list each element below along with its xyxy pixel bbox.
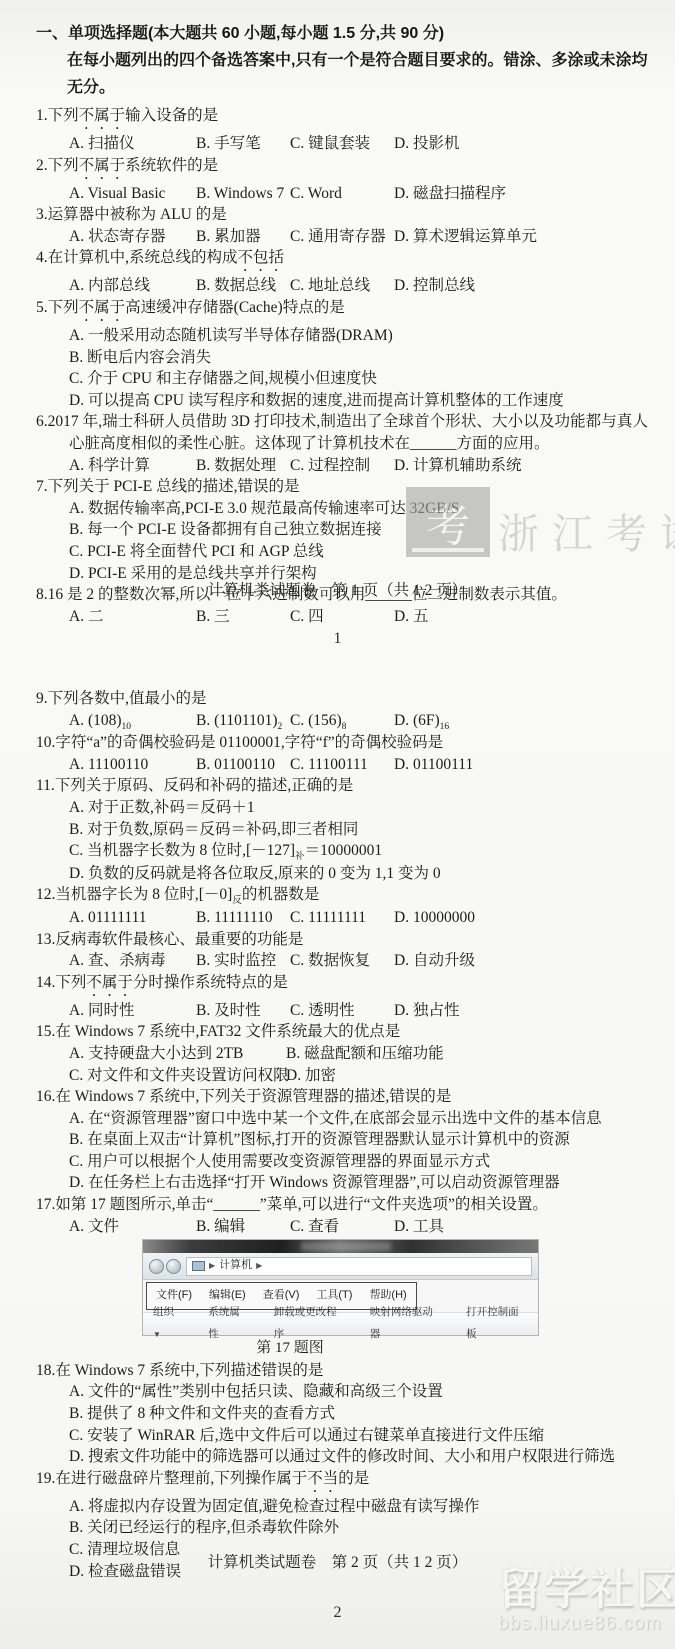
question-number: 6. <box>36 413 48 430</box>
option-c: C. 透明性 <box>290 1000 394 1022</box>
option-a: A. 同时性 <box>69 1000 196 1022</box>
option-a: A. 文件的“属性”类别中包括只读、隐藏和高级三个设置 <box>69 1383 443 1400</box>
option-c: C. 11100111 <box>290 754 394 776</box>
question-stem: 9.下列各数中,值最小的是 <box>36 688 648 710</box>
option-row: A. Visual BasicB. Windows 7C. WordD. 磁盘扫… <box>69 183 648 205</box>
question-3: 3.运算器中被称为 ALU 的是A. 状态寄存器B. 累加器C. 通用寄存器D.… <box>36 204 648 247</box>
exam-page-2: 9.下列各数中,值最小的是A. (108)10B. (1101101)2C. (… <box>36 688 648 1582</box>
option-row: C. 用户可以根据个人使用需要改变资源管理器的界面显示方式 <box>69 1151 648 1173</box>
question-stem: 10.字符“a”的奇偶校验码是 01100001,字符“f”的奇偶校验码是 <box>36 732 648 754</box>
option-b: B. 实时监控 <box>196 950 290 972</box>
option-row: C. 介于 CPU 和主存储器之间,规模小但速度快 <box>69 368 648 390</box>
option-d: D. 五 <box>394 606 428 628</box>
question-10: 10.字符“a”的奇偶校验码是 01100001,字符“f”的奇偶校验码是A. … <box>36 732 648 775</box>
option-d: D. 加密 <box>286 1065 336 1087</box>
option-row: A. 对于正数,补码＝反码＋1 <box>69 797 648 819</box>
emphasized-text: 不属于 <box>79 107 126 124</box>
emphasized-text: 不当 <box>307 1470 338 1487</box>
option-c: C. PCI-E 将全面替代 PCI 和 AGP 总线 <box>69 543 324 560</box>
question-stem: 19.在进行磁盘碎片整理前,下列操作属于不当的是 <box>36 1468 648 1496</box>
option-d: D. 控制总线 <box>394 275 475 297</box>
toolbar-organize: 组织 ▼ <box>153 1302 184 1345</box>
question-stem: 17.如第 17 题图所示,单击“______”菜单,可以进行“文件夹选项”的相… <box>36 1194 648 1216</box>
option-c: C. 数据恢复 <box>290 950 394 972</box>
question-stem: 13.反病毒软件最核心、最重要的功能是 <box>36 929 648 951</box>
question-number: 14. <box>36 974 55 991</box>
toolbar-map-network-drive: 映射网络驱动器 <box>370 1302 442 1345</box>
option-c: C. 用户可以根据个人使用需要改变资源管理器的界面显示方式 <box>69 1153 490 1170</box>
option-a: A. 在“资源管理器”窗口中选中某一个文件,在底部会显示出选中文件的基本信息 <box>69 1110 602 1127</box>
question-number: 18. <box>36 1362 55 1379</box>
option-c: C. 键鼠套装 <box>290 133 394 155</box>
option-b: B. 在桌面上双击“计算机”图标,打开的资源管理器默认显示计算机中的资源 <box>69 1131 570 1148</box>
option-b: B. 每一个 PCI-E 设备都拥有自己独立数据连接 <box>69 521 382 538</box>
option-c: C. 过程控制 <box>290 455 394 477</box>
option-d: D. 计算机辅助系统 <box>394 455 521 477</box>
question-number: 13. <box>36 931 55 948</box>
question-2: 2.下列不属于系统软件的是A. Visual BasicB. Windows 7… <box>36 155 648 205</box>
subscript: 2 <box>278 722 283 732</box>
breadcrumb-item-computer: 计算机 <box>219 1255 252 1277</box>
option-row: B. 每一个 PCI-E 设备都拥有自己独立数据连接 <box>69 519 648 541</box>
question-stem: 16.在 Windows 7 系统中,下列关于资源管理器的描述,错误的是 <box>36 1086 648 1108</box>
question-number: 12. <box>36 886 55 903</box>
option-row: C. 安装了 WinRAR 后,选中文件后可以通过右键菜单直接进行文件压缩 <box>69 1425 648 1447</box>
option-row: A. 科学计算B. 数据处理C. 过程控制D. 计算机辅助系统 <box>69 455 648 477</box>
question-13: 13.反病毒软件最核心、最重要的功能是A. 查、杀病毒B. 实时监控C. 数据恢… <box>36 929 648 972</box>
option-row: B. 关闭已经运行的程序,但杀毒软件除外 <box>69 1517 648 1539</box>
option-a: A. 将虚拟内存设置为固定值,避免检查过程中磁盘有读写操作 <box>69 1498 479 1515</box>
option-a: A. 支持硬盘大小达到 2TB <box>69 1043 286 1065</box>
exam-page-1: 一、单项选择题(本大题共 60 小题,每小题 1.5 分,共 90 分) 在每小… <box>36 20 648 627</box>
option-c: C. 介于 CPU 和主存储器之间,规模小但速度快 <box>69 370 377 387</box>
option-d: D. 磁盘扫描程序 <box>394 183 506 205</box>
question-number: 1. <box>36 107 48 124</box>
option-d: D. (6F)16 <box>394 710 449 733</box>
question-number: 9. <box>36 690 48 707</box>
question-stem: 2.下列不属于系统软件的是 <box>36 155 648 183</box>
page2-number: 2 <box>0 1604 675 1622</box>
option-a: A. 查、杀病毒 <box>69 950 196 972</box>
toolbar-open-control-panel: 打开控制面板 <box>466 1302 528 1345</box>
subscript: 16 <box>440 722 450 732</box>
option-row: A. 二B. 三C. 四D. 五 <box>69 606 648 628</box>
option-b: B. 编辑 <box>196 1216 290 1238</box>
option-d: D. 在任务栏上右击选择“打开 Windows 资源管理器”,可以启动资源管理器 <box>69 1174 560 1191</box>
option-row: C. PCI-E 将全面替代 PCI 和 AGP 总线 <box>69 541 648 563</box>
option-b: B. 累加器 <box>196 226 290 248</box>
option-row: A. (108)10B. (1101101)2C. (156)8D. (6F)1… <box>69 710 648 733</box>
option-c: C. 通用寄存器 <box>290 226 394 248</box>
option-d: D. 算术逻辑运算单元 <box>394 226 537 248</box>
option-d: D. 可以提高 CPU 读写程序和数据的速度,进而提高计算机整体的工作速度 <box>69 392 564 409</box>
option-row: D. 搜索文件功能中的筛选器可以通过文件的修改时间、大小和用户权限进行筛选 <box>69 1446 648 1468</box>
option-row: A. 文件的“属性”类别中包括只读、隐藏和高级三个设置 <box>69 1381 648 1403</box>
option-row: B. 提供了 8 种文件和文件夹的查看方式 <box>69 1403 648 1425</box>
back-button-icon <box>149 1259 164 1274</box>
question-6: 6.2017 年,瑞士科研人员借助 3D 打印技术,制造出了全球首个形状、大小以… <box>36 411 648 476</box>
forward-button-icon <box>166 1259 181 1274</box>
option-b: B. 关闭已经运行的程序,但杀毒软件除外 <box>69 1519 339 1536</box>
option-a: A. 文件 <box>69 1216 196 1238</box>
option-b: B. 数据处理 <box>196 455 290 477</box>
option-d: D. 负数的反码就是将各位取反,原来的 0 变为 1,1 变为 0 <box>69 865 441 882</box>
address-bar: ▶ 计算机 ▶ <box>186 1257 532 1276</box>
dropdown-arrow-icon: ▼ <box>153 1330 161 1339</box>
question-number: 10. <box>36 734 55 751</box>
option-row: A. 同时性B. 及时性C. 透明性D. 独占性 <box>69 1000 648 1022</box>
option-b: B. 提供了 8 种文件和文件夹的查看方式 <box>69 1405 335 1422</box>
breadcrumb-arrow-icon: ▶ <box>256 1255 262 1277</box>
option-row: A. 一般采用动态随机读写半导体存储器(DRAM) <box>69 325 648 347</box>
question-number: 4. <box>36 249 48 266</box>
option-d: D. 01100111 <box>394 754 473 776</box>
option-row: C. 当机器字长数为 8 位时,[－127]补＝10000001 <box>69 840 648 863</box>
option-b: B. 01100110 <box>196 754 290 776</box>
subscript: 10 <box>122 722 132 732</box>
question-number: 16. <box>36 1088 55 1105</box>
question-1: 1.下列不属于输入设备的是A. 扫描仪B. 手写笔C. 键鼠套装D. 投影机 <box>36 105 648 155</box>
computer-icon <box>192 1261 205 1271</box>
option-a: A. 01111111 <box>69 907 196 929</box>
option-row: A. 扫描仪B. 手写笔C. 键鼠套装D. 投影机 <box>69 133 648 155</box>
option-d: D. 10000000 <box>394 907 475 929</box>
question-5: 5.下列不属于高速缓冲存储器(Cache)特点的是A. 一般采用动态随机读写半导… <box>36 297 648 411</box>
question-stem: 3.运算器中被称为 ALU 的是 <box>36 204 648 226</box>
question-stem: 15.在 Windows 7 系统中,FAT32 文件系统最大的优点是 <box>36 1021 648 1043</box>
option-b: B. Windows 7 <box>196 183 290 205</box>
option-b: B. 磁盘配额和压缩功能 <box>286 1043 444 1065</box>
question-stem: 4.在计算机中,系统总线的构成不包括 <box>36 247 648 275</box>
option-row: A. 数据传输率高,PCI-E 3.0 规范最高传输速率可达 32GB/S <box>69 498 648 520</box>
breadcrumb-arrow-icon: ▶ <box>209 1255 215 1277</box>
emphasized-text: 不属于 <box>79 299 126 316</box>
option-a: A. 对于正数,补码＝反码＋1 <box>69 799 255 816</box>
option-c: C. 11111111 <box>290 907 394 929</box>
question-stem: 7.下列关于 PCI-E 总线的描述,错误的是 <box>36 476 648 498</box>
option-d: D. 工具 <box>394 1216 444 1238</box>
question-stem: 5.下列不属于高速缓冲存储器(Cache)特点的是 <box>36 297 648 325</box>
question-stem: 12.当机器字长为 8 位时,[－0]反的机器数是 <box>36 884 648 907</box>
figure-q17-explorer-window: ▶ 计算机 ▶ 文件(F) 编辑(E) 查看(V) 工具(T) 帮助(H) 组织… <box>142 1239 539 1336</box>
question-number: 2. <box>36 157 48 174</box>
subscript: 8 <box>342 722 347 732</box>
emphasized-text: 不属于 <box>86 974 133 991</box>
subscript: 反 <box>232 896 242 906</box>
question-list-page1: 1.下列不属于输入设备的是A. 扫描仪B. 手写笔C. 键鼠套装D. 投影机2.… <box>36 105 648 627</box>
option-row: B. 在桌面上双击“计算机”图标,打开的资源管理器默认显示计算机中的资源 <box>69 1129 648 1151</box>
option-d: D. 投影机 <box>394 133 459 155</box>
question-15: 15.在 Windows 7 系统中,FAT32 文件系统最大的优点是A. 支持… <box>36 1021 648 1086</box>
question-number: 15. <box>36 1023 55 1040</box>
question-stem: 18.在 Windows 7 系统中,下列描述错误的是 <box>36 1360 648 1382</box>
window-titlebar <box>143 1240 538 1253</box>
option-a: A. 11100110 <box>69 754 196 776</box>
option-a: A. 状态寄存器 <box>69 226 196 248</box>
option-b: B. 三 <box>196 606 290 628</box>
option-c: C. 查看 <box>290 1216 394 1238</box>
subscript: 补 <box>295 852 305 862</box>
option-row: A. 支持硬盘大小达到 2TBB. 磁盘配额和压缩功能 <box>69 1043 648 1065</box>
option-a: A. 数据传输率高,PCI-E 3.0 规范最高传输速率可达 32GB/S <box>69 500 460 517</box>
option-a: A. (108)10 <box>69 710 196 733</box>
option-c: C. Word <box>290 183 394 205</box>
option-a: A. 扫描仪 <box>69 133 196 155</box>
question-number: 17. <box>36 1196 55 1213</box>
toolbar-organize-label: 组织 <box>153 1306 174 1318</box>
option-row: D. 负数的反码就是将各位取反,原来的 0 变为 1,1 变为 0 <box>69 863 648 885</box>
option-c: C. 对文件和文件夹设置访问权限 <box>69 1065 286 1087</box>
option-d: D. 搜索文件功能中的筛选器可以通过文件的修改时间、大小和用户权限进行筛选 <box>69 1448 615 1465</box>
section-instruction: 在每小题列出的四个备选答案中,只有一个是符合题目要求的。错涂、多涂或未涂均无分。 <box>36 47 648 101</box>
question-stem: 11.下列关于原码、反码和补码的描述,正确的是 <box>36 775 648 797</box>
question-12: 12.当机器字长为 8 位时,[－0]反的机器数是A. 01111111B. 1… <box>36 884 648 928</box>
option-row: A. 文件B. 编辑C. 查看D. 工具 <box>69 1216 648 1238</box>
question-11: 11.下列关于原码、反码和补码的描述,正确的是A. 对于正数,补码＝反码＋1B.… <box>36 775 648 884</box>
question-4: 4.在计算机中,系统总线的构成不包括A. 内部总线B. 数据总线C. 地址总线D… <box>36 247 648 297</box>
option-row: D. 可以提高 CPU 读写程序和数据的速度,进而提高计算机整体的工作速度 <box>69 390 648 412</box>
option-row: A. 将虚拟内存设置为固定值,避免检查过程中磁盘有读写操作 <box>69 1496 648 1518</box>
option-a: A. 科学计算 <box>69 455 196 477</box>
option-row: A. 01111111B. 11111110C. 11111111D. 1000… <box>69 907 648 929</box>
option-b: B. 及时性 <box>196 1000 290 1022</box>
option-d: D. 独占性 <box>394 1000 459 1022</box>
emphasized-text: 不属于 <box>79 157 126 174</box>
question-stem: 14.下列不属于分时操作系统特点的是 <box>36 972 648 1000</box>
section-title: 一、单项选择题(本大题共 60 小题,每小题 1.5 分,共 90 分) <box>36 20 648 47</box>
option-row: B. 断电后内容会消失 <box>69 347 648 369</box>
toolbar-row: 组织 ▼ 系统属性 卸载或更改程序 映射网络驱动器 打开控制面板 <box>143 1313 538 1335</box>
question-16: 16.在 Windows 7 系统中,下列关于资源管理器的描述,错误的是A. 在… <box>36 1086 648 1194</box>
option-b: B. 对于负数,原码＝反码＝补码,即三者相同 <box>69 821 358 838</box>
option-row: C. 对文件和文件夹设置访问权限D. 加密 <box>69 1065 648 1087</box>
option-a: A. Visual Basic <box>69 183 196 205</box>
page1-number: 1 <box>0 630 675 648</box>
question-17: 17.如第 17 题图所示,单击“______”菜单,可以进行“文件夹选项”的相… <box>36 1194 648 1360</box>
option-row: A. 内部总线B. 数据总线C. 地址总线D. 控制总线 <box>69 275 648 297</box>
option-a: A. 一般采用动态随机读写半导体存储器(DRAM) <box>69 327 393 344</box>
option-row: D. 在任务栏上右击选择“打开 Windows 资源管理器”,可以启动资源管理器 <box>69 1172 648 1194</box>
option-row: B. 对于负数,原码＝反码＝补码,即三者相同 <box>69 819 648 841</box>
option-a: A. 内部总线 <box>69 275 196 297</box>
option-b: B. 手写笔 <box>196 133 290 155</box>
option-c: C. 四 <box>290 606 394 628</box>
option-row: A. 在“资源管理器”窗口中选中某一个文件,在底部会显示出选中文件的基本信息 <box>69 1108 648 1130</box>
emphasized-text: 不包括 <box>238 249 285 266</box>
address-bar-row: ▶ 计算机 ▶ <box>143 1253 538 1280</box>
option-a: A. 二 <box>69 606 196 628</box>
question-number: 7. <box>36 478 48 495</box>
toolbar-system-properties: 系统属性 <box>208 1302 249 1345</box>
option-b: B. 11111110 <box>196 907 290 929</box>
option-row: A. 状态寄存器B. 累加器C. 通用寄存器D. 算术逻辑运算单元 <box>69 226 648 248</box>
question-number: 11. <box>36 777 55 794</box>
option-b: B. 数据总线 <box>196 275 290 297</box>
option-c: C. 安装了 WinRAR 后,选中文件后可以通过右键菜单直接进行文件压缩 <box>69 1427 544 1444</box>
question-number: 5. <box>36 299 48 316</box>
question-7: 7.下列关于 PCI-E 总线的描述,错误的是A. 数据传输率高,PCI-E 3… <box>36 476 648 584</box>
option-b: B. 断电后内容会消失 <box>69 349 211 366</box>
option-row: A. 11100110B. 01100110C. 11100111D. 0110… <box>69 754 648 776</box>
question-number: 3. <box>36 206 48 223</box>
option-c: C. 地址总线 <box>290 275 394 297</box>
page1-footer: 计算机类试题卷 第 1 页（共 1 2 页） <box>0 578 675 600</box>
option-b: B. (1101101)2 <box>196 710 290 733</box>
option-d: D. 自动升级 <box>394 950 475 972</box>
question-list-page2: 9.下列各数中,值最小的是A. (108)10B. (1101101)2C. (… <box>36 688 648 1582</box>
question-stem: 6.2017 年,瑞士科研人员借助 3D 打印技术,制造出了全球首个形状、大小以… <box>36 411 648 454</box>
question-14: 14.下列不属于分时操作系统特点的是A. 同时性B. 及时性C. 透明性D. 独… <box>36 972 648 1022</box>
question-18: 18.在 Windows 7 系统中,下列描述错误的是A. 文件的“属性”类别中… <box>36 1360 648 1468</box>
page2-footer: 计算机类试题卷 第 2 页（共 1 2 页） <box>0 1550 675 1572</box>
question-number: 19. <box>36 1470 55 1487</box>
option-c: C. 当机器字长数为 8 位时,[－127]补＝10000001 <box>69 842 382 859</box>
option-row: A. 查、杀病毒B. 实时监控C. 数据恢复D. 自动升级 <box>69 950 648 972</box>
question-stem: 1.下列不属于输入设备的是 <box>36 105 648 133</box>
question-9: 9.下列各数中,值最小的是A. (108)10B. (1101101)2C. (… <box>36 688 648 732</box>
option-c: C. (156)8 <box>290 710 394 733</box>
